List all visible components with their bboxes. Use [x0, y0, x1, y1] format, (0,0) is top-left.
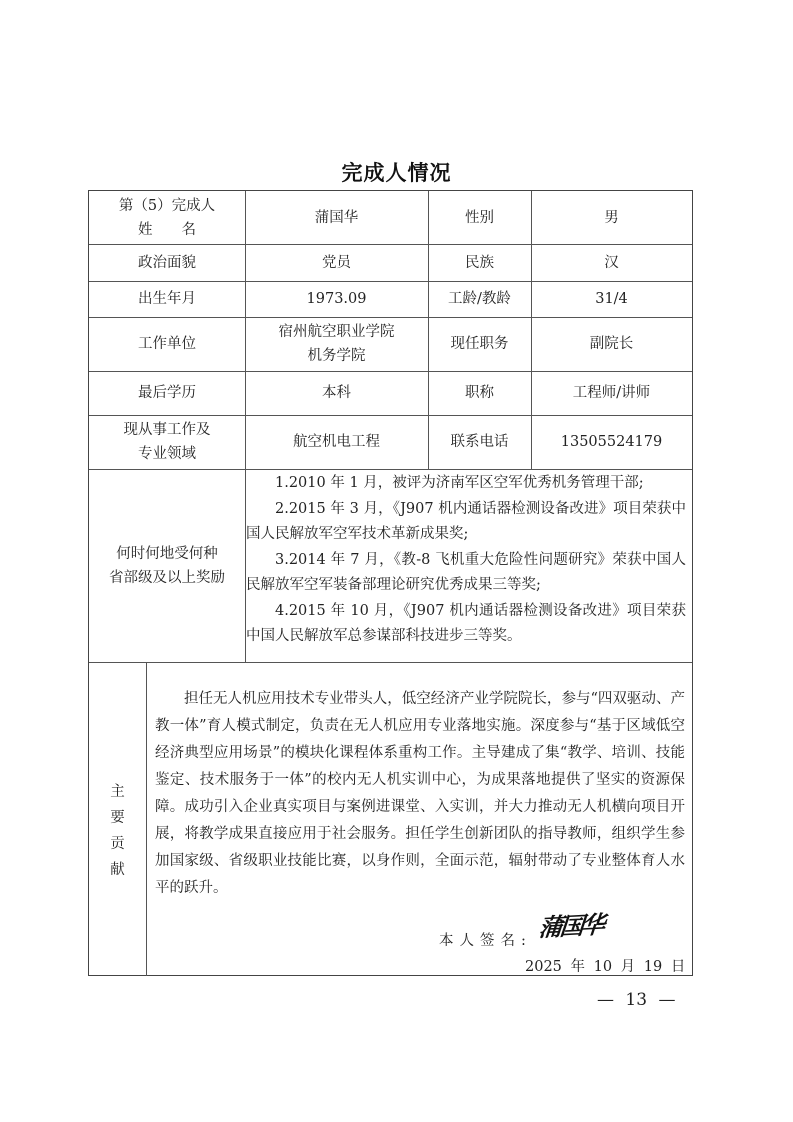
value-position: 副院长 [531, 317, 692, 371]
label-position: 现任职务 [428, 317, 531, 371]
label-phone: 联系电话 [428, 415, 531, 469]
value-work-field: 航空机电工程 [245, 415, 428, 469]
page-number: — 13 — [597, 990, 675, 1010]
label-char: 贡 [110, 831, 125, 857]
label-line: 现从事工作及 [124, 418, 211, 442]
label-gender: 性别 [428, 191, 531, 244]
value-political-status: 党员 [245, 244, 428, 281]
value-education: 本科 [245, 371, 428, 415]
signature-date: 2025 年 10 月 19 日 [525, 955, 685, 976]
label-line: 专业领域 [138, 442, 196, 466]
awards-list: 1.2010 年 1 月，被评为济南军区空军优秀机务管理干部; 2.2015 年… [246, 471, 686, 650]
award-item: 3.2014 年 7 月，《教-8 飞机重大危险性问题研究》荣获中国人民解放军空… [246, 548, 686, 599]
value-phone: 13505524179 [531, 415, 692, 469]
label-birth-date: 出生年月 [89, 281, 245, 317]
label-line: 省部级及以上奖励 [109, 566, 225, 590]
col-divider [146, 662, 147, 976]
label-line: 何时何地受何种 [116, 542, 218, 566]
label-ethnicity: 民族 [428, 244, 531, 281]
award-item: 1.2010 年 1 月，被评为济南军区空军优秀机务管理干部; [246, 471, 686, 497]
award-item: 2.2015 年 3 月，《J907 机内通话器检测设备改进》项目荣获中国人民解… [246, 497, 686, 548]
label-work-unit: 工作单位 [89, 317, 245, 371]
label-work-field: 现从事工作及 专业领域 [89, 415, 245, 469]
value-name: 蒲国华 [245, 191, 428, 244]
label-work-years: 工龄/教龄 [428, 281, 531, 317]
label-main-contribution: 主 要 贡 献 [89, 779, 146, 883]
contribution-paragraph: 担任无人机应用技术专业带头人，低空经济产业学院院长，参与“四双驱动、产教一体”育… [155, 686, 685, 902]
label-political-status: 政治面貌 [89, 244, 245, 281]
value-work-unit: 宿州航空职业学院 机务学院 [245, 317, 428, 371]
value-ethnicity: 汉 [531, 244, 692, 281]
label-line: 第（5）完成人 [119, 194, 215, 218]
label-education: 最后学历 [89, 371, 245, 415]
value-title: 工程师/讲师 [531, 371, 692, 415]
signature-label: 本人签名: [439, 929, 532, 950]
page-title: 完成人情况 [0, 157, 793, 187]
label-awards: 何时何地受何种 省部级及以上奖励 [89, 469, 245, 662]
value-work-years: 31/4 [531, 281, 692, 317]
label-char: 要 [110, 805, 125, 831]
label-title: 职称 [428, 371, 531, 415]
label-char: 献 [110, 857, 125, 883]
handwritten-signature: 蒲国华 [537, 904, 621, 948]
value-line: 机务学院 [308, 344, 366, 368]
contribution-text: 担任无人机应用技术专业带头人，低空经济产业学院院长，参与“四双驱动、产教一体”育… [155, 686, 685, 902]
value-birth-date: 1973.09 [245, 281, 428, 317]
award-item: 4.2015 年 10 月，《J907 机内通话器检测设备改进》项目荣获中国人民… [246, 599, 686, 650]
label-completer-name: 第（5）完成人 姓 名 [89, 191, 245, 244]
label-char: 主 [110, 779, 125, 805]
value-gender: 男 [531, 191, 692, 244]
row-divider [89, 662, 692, 663]
label-line: 姓 名 [138, 218, 196, 242]
value-line: 宿州航空职业学院 [279, 320, 395, 344]
completer-info-table: 第（5）完成人 姓 名 蒲国华 性别 男 政治面貌 党员 民族 汉 出生年月 1… [88, 190, 693, 976]
